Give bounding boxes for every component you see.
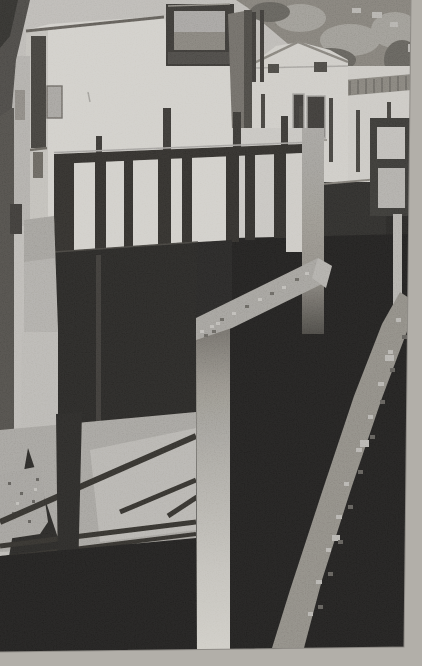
grain-overlay — [0, 0, 412, 652]
scanned-page — [0, 0, 422, 666]
scanned-photo — [0, 0, 422, 666]
photo-content — [0, 0, 420, 660]
photo-svg — [0, 0, 422, 666]
